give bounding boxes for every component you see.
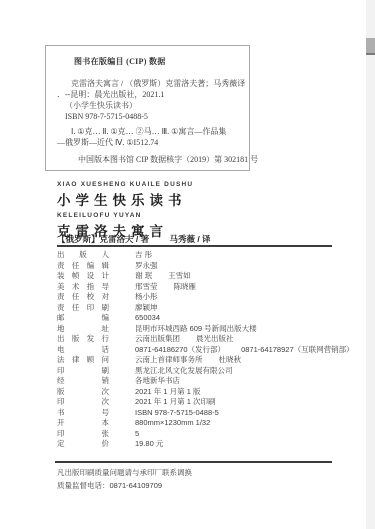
scrollbar-thumb[interactable]	[366, 38, 375, 55]
colophon-row-edition: 版次2021 年 1 月第 1 版	[57, 387, 354, 398]
colophon-row-format: 开本880mm×1230mm 1/32	[57, 418, 354, 429]
colophon-label: 美术指导	[57, 282, 109, 293]
divider-rule-bottom	[55, 461, 332, 463]
colophon-value: 云南上首律师事务所	[135, 355, 203, 364]
colophon-value2: 晨光出版社	[196, 334, 234, 343]
colophon-label: 出版人	[57, 250, 109, 261]
colophon-row-postcode: 邮编650034	[57, 313, 354, 324]
colophon-label: 责任印刷	[57, 303, 109, 314]
colophon-label: 定价	[57, 439, 109, 450]
colophon-row-design: 装帧设计谢 珉王雪如	[57, 271, 354, 282]
cip-publisher-line: ．--昆明：晨光出版社，2021.1	[57, 89, 244, 100]
colophon-row-art-direction: 美术指导邢雪莹陈晓雁	[57, 282, 354, 293]
cip-series-line: （小学生快乐读书）	[57, 100, 244, 111]
colophon-row-phone: 电话0871-64186270（发行部）0871-64178927（互联网营销部…	[57, 345, 354, 356]
colophon-value: 880mm×1230mm 1/32	[135, 418, 210, 427]
colophon-label: 邮编	[57, 313, 109, 324]
cip-isbn-line: ISBN 978-7-5715-0488-5	[57, 111, 244, 122]
colophon-label: 地址	[57, 324, 109, 335]
cip-classification-line2: —俄罗斯—近代 Ⅳ. ①I512.74	[57, 137, 244, 148]
colophon-value2: 杜晓秋	[219, 355, 242, 364]
colophon-value: 廖颖坤	[135, 303, 158, 312]
colophon-value: 邢雪莹	[135, 282, 158, 291]
colophon-label: 书号	[57, 408, 109, 419]
colophon-value: 各地新华书店	[135, 376, 180, 385]
colophon-value: 0871-64186270（发行部）	[135, 345, 225, 354]
colophon-value: 吉 彤	[135, 250, 152, 259]
scrollbar-track[interactable]	[366, 0, 375, 529]
cip-record-number: 中国版本图书馆 CIP 数据核字（2019）第 302181 号	[78, 154, 244, 165]
colophon-label: 版次	[57, 387, 109, 398]
colophon-row-legal-counsel: 法律顾问云南上首律师事务所杜晓秋	[57, 355, 354, 366]
colophon-label: 经销	[57, 376, 109, 387]
colophon-value: 650034	[135, 313, 160, 322]
colophon-value: 昆明市环城西路 609 号新闻出版大楼	[135, 324, 257, 333]
cip-heading: 图书在版编目 (CIP) 数据	[74, 56, 244, 67]
colophon-value2: 王雪如	[168, 271, 191, 280]
colophon-row-isbn: 书号ISBN 978-7-5715-0488-5	[57, 408, 354, 419]
colophon-label: 印刷	[57, 366, 109, 377]
colophon-label: 电话	[57, 345, 109, 356]
colophon-label: 责任校对	[57, 292, 109, 303]
colophon-label: 责任编辑	[57, 261, 109, 272]
colophon-row-proofreader: 责任校对杨小彤	[57, 292, 354, 303]
colophon-value: 19.80 元	[135, 439, 163, 448]
cip-title-line: 克雷洛夫寓言 / （俄罗斯）克雷洛夫著；马秀薇译	[57, 78, 244, 89]
colophon-value: 黑龙江北风文化发展有限公司	[135, 366, 233, 375]
colophon-label: 装帧设计	[57, 271, 109, 282]
translator-credit: 马秀薇 / 译	[169, 234, 210, 244]
series-pinyin: XIAO XUESHENG KUAILE DUSHU	[57, 181, 193, 188]
colophon-row-price: 定价19.80 元	[57, 439, 354, 450]
colophon-value: 谢 珉	[135, 271, 152, 280]
colophon-row-distributor: 经销各地新华书店	[57, 376, 354, 387]
colophon-value2: 0871-64178927（互联网营销部）	[241, 345, 354, 354]
cip-box: 图书在版编目 (CIP) 数据 克雷洛夫寓言 / （俄罗斯）克雷洛夫著；马秀薇译…	[45, 45, 250, 171]
colophon-row-editor: 责任编辑罗永强	[57, 261, 354, 272]
divider-rule-top	[57, 245, 332, 247]
quality-hotline: 质量监督电话：0871-64109709	[57, 479, 192, 492]
byline: 【俄罗斯】克雷洛夫 / 著 马秀薇 / 译	[57, 233, 211, 245]
colophon-value: 罗永强	[135, 261, 158, 270]
colophon-value2: 陈晓雁	[174, 282, 197, 291]
cip-classification-line1: Ⅰ. ①克… Ⅱ. ①克… ②马… Ⅲ. ①寓言—作品集	[57, 126, 244, 137]
quality-footer: 凡出版印刷质量问题请与承印厂联系调换 质量监督电话：0871-64109709	[57, 466, 192, 492]
colophon-row-printer: 印刷黑龙江北风文化发展有限公司	[57, 366, 354, 377]
colophon-label: 开本	[57, 418, 109, 429]
colophon-row-publisher: 出版发行云南出版集团晨光出版社	[57, 334, 354, 345]
copyright-page: 图书在版编目 (CIP) 数据 克雷洛夫寓言 / （俄罗斯）克雷洛夫著；马秀薇译…	[0, 0, 375, 529]
colophon-value: 2021 年 1 月第 1 次印刷	[135, 397, 215, 406]
colophon-label: 印张	[57, 429, 109, 440]
colophon-value: 2021 年 1 月第 1 版	[135, 387, 200, 396]
colophon-value: 5	[135, 429, 139, 438]
colophon-label: 出版发行	[57, 334, 109, 345]
colophon-row-print-supervisor: 责任印刷廖颖坤	[57, 303, 354, 314]
colophon-value: 杨小彤	[135, 292, 158, 301]
colophon-value: ISBN 978-7-5715-0488-5	[135, 408, 219, 417]
colophon-label: 印次	[57, 397, 109, 408]
colophon-row-address: 地址昆明市环城西路 609 号新闻出版大楼	[57, 324, 354, 335]
colophon-list: 出版人吉 彤 责任编辑罗永强 装帧设计谢 珉王雪如 美术指导邢雪莹陈晓雁 责任校…	[57, 250, 354, 450]
series-title: 小学生快乐读书	[57, 189, 193, 209]
colophon-row-impression: 印次2021 年 1 月第 1 次印刷	[57, 397, 354, 408]
author-credit: 【俄罗斯】克雷洛夫 / 著	[57, 234, 149, 244]
colophon-label: 法律顾问	[57, 355, 109, 366]
colophon-value: 云南出版集团	[135, 334, 180, 343]
colophon-row-sheets: 印张5	[57, 429, 354, 440]
colophon-row-publisher-person: 出版人吉 彤	[57, 250, 354, 261]
quality-notice: 凡出版印刷质量问题请与承印厂联系调换	[57, 466, 192, 479]
book-pinyin: KELEILUOFU YUYAN	[57, 212, 193, 219]
